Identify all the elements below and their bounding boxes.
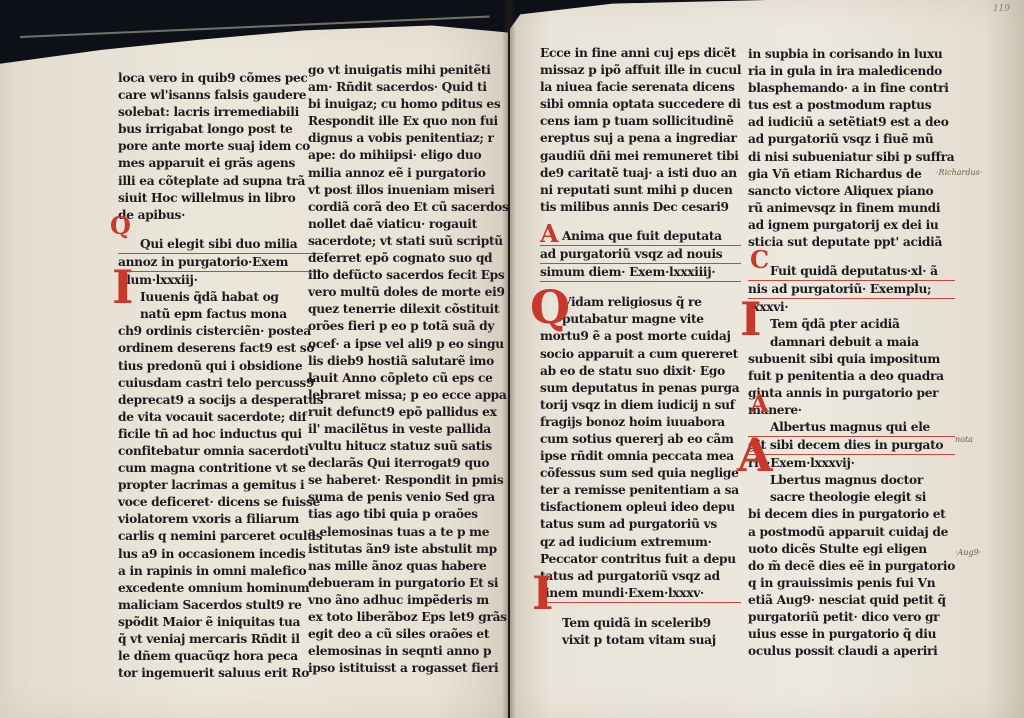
text-line: deferret epõ cognato suo qd [308,250,509,267]
text-line: vixit p totam vitam suaj [540,632,741,649]
text-line: Ecce in fine anni cuj eps dicẽt [540,45,741,62]
text-line: cuiusdam castri telo percuss9 [118,375,323,392]
text-line: Lbertus magnus doctor [748,472,955,489]
text-line: rio·Exem·lxxxvij· [748,455,955,472]
text-line: putabatur magne vite [540,311,741,328]
text-line: ocef· a ipse vel ali9 p eo singu [308,336,509,353]
text-line: ad ignem purgatorij ex dei iu [748,217,955,234]
text-line: purgatoriũ petit· dico vero gr [748,609,955,626]
text-line: solebat: lacris irremediabili [118,104,323,121]
red-initial-F-col4: C [750,248,769,272]
text-line: ad purgatoriũ vsqz ad nouis [540,246,741,264]
text-line: ch9 ordinis cisterciẽn· postea [118,323,323,340]
red-initial-A-col3: A [540,222,559,246]
folio-number: 119 [993,4,1010,14]
text-line: illo defũcto sacerdos fecit Eps [308,267,509,284]
text-line: Tem quidã in scelerib9 [540,615,741,632]
text-line: cum magna contritione vt se [118,460,323,477]
text-line: oculus possit claudi a aperiri [748,643,955,660]
text-line: debueram in purgatorio Et si [308,575,509,592]
text-line: violatorem vxoris a filiarum [118,511,323,528]
text-line: go vt inuigatis mihi penitẽti [308,62,509,79]
text-line: tatus sum ad purgatoriũ vs [540,516,741,533]
text-line: excedente omnium hominum [118,580,323,597]
red-initial-Q-col3: Q [530,284,570,330]
text-line: Vidam religiosus q̃ re [540,294,741,311]
text-line: milia annoz eẽ i purgatorio [308,165,509,182]
text-line: lebraret missa; p eo ecce appa [308,387,509,404]
text-line: istitutas ãn9 iste abstulit mp [308,541,509,558]
text-line: damnari debuit a maia [748,334,955,351]
text-line: tatus ad purgatoriũ vsqz ad [540,568,741,585]
text-line: cordiã corã deo Et cũ sacerdos [308,199,509,216]
text-line: illi ea cõteplate ad supna trã [118,173,323,190]
text-line: ter a remisse penitentiam a sa [540,482,741,499]
text-line: voce deficeret· dicens se fuisse [118,494,323,511]
text-line: am· Rñdit sacerdos· Quid ti [308,79,509,96]
text-line: vno ãno adhuc impẽderis m [308,592,509,609]
text-line: sacerdote; vt stati suũ scriptũ [308,233,509,250]
text-line: suma de penis venio Sed gra [308,489,509,506]
text-line: nollet daẽ viaticu· rogauit [308,216,509,233]
marginal-note-nota: nota [955,435,973,444]
text-line: orões fieri p eo p totã suã dy [308,318,509,335]
text-line: manere· [748,402,955,419]
text-line: maliciam Sacerdos stult9 re [118,597,323,614]
text-line: Anima que fuit deputata [540,228,741,246]
text-line: loca vero in quib9 cõmes pec [118,70,323,87]
text-line: ria in gula in ira maledicendo [748,63,955,80]
text-line: cum sotius quererj ab eo cãm [540,431,741,448]
text-line: ipso istituisst a rogasset fieri [308,660,509,677]
text-line: Peccator contritus fuit a depu [540,551,741,568]
text-line: fragijs bonoz hoim iuuabora [540,414,741,431]
text-line: egit deo a cũ siles oraões et [308,626,509,643]
text-line: lauit Anno cõpleto cũ eps ce [308,370,509,387]
text-line: fuit p penitentia a deo quadra [748,368,955,385]
text-line: il' macilẽtus in veste pallida [308,421,509,438]
text-column-1: loca vero in quib9 cõmes peccare wl'isan… [118,70,323,682]
text-line: do m̃ decẽ dies eẽ in purgatorio [748,558,955,575]
text-line: de9 caritatẽ tuaj· a isti duo an [540,165,741,182]
text-line: uoto dicẽs Stulte egi eligen [748,541,955,558]
red-initial-Q-col1: Q [110,214,131,238]
text-line: declarãs Qui iterrogat9 quo [308,455,509,472]
text-line: ab eo de statu suo dixit· Ego [540,363,741,380]
text-line: bus irrigabat longo post te [118,121,323,138]
marginal-note-richardus: ·Richardus· [936,168,982,177]
text-line: ad purgatoriũ vsqz i fiuẽ mũ [748,131,955,148]
text-column-4: in supbia in corisando in luxuria in gul… [748,46,955,660]
text-line: vero multũ doles de morte ei9 [308,284,509,301]
text-line: cens iam p tuam sollicitudinẽ [540,113,741,130]
text-line: nis ad purgatoriũ· Exemplu; [748,281,955,299]
text-line: care wl'isanns falsis gaudere [118,87,323,104]
text-line [748,251,955,263]
text-line: carlis q nemini parceret oculus [118,528,323,545]
text-line: dignus a vobis penitentiaz; r [308,130,509,147]
text-line: Respondit ille Ex quo non fui [308,113,509,130]
red-initial-A-col4: A [737,432,773,478]
text-line: quez tenerrie dilexit cõstituit [308,301,509,318]
text-line: vultu hitucz statuz suũ satis [308,438,509,455]
text-line: ordinem deserens fact9 est so [118,340,323,357]
text-line: ruit defunct9 epõ pallidus ex [308,404,509,421]
marginal-note-aug: ·Aug9· [955,548,981,557]
text-line: ni reputati sunt mihi p ducen [540,182,741,199]
text-line: Tem q̃dã pter acidiã [748,316,955,333]
text-line: natũ epm factus mona [118,306,323,323]
text-line: tisfactionem opleui ideo depu [540,499,741,516]
text-line: Albertus magnus qui ele [748,419,955,437]
text-line: elemosinas in seqnti anno p [308,643,509,660]
text-line: qz ad iudicium extremum· [540,534,741,551]
red-initial-I-col4: I [740,296,762,342]
text-line: ficile tñ ad hoc inductus qui [118,426,323,443]
red-initial-A-small-col4: A [750,392,769,416]
red-initial-I-col1: I [112,264,134,310]
text-line: tus est a postmodum raptus [748,97,955,114]
text-line: Qui elegit sibi duo milia [118,236,323,254]
text-line: Iuuenis q̃dã habat og [118,289,323,306]
text-column-2: go vt inuigatis mihi penitẽtiam· Rñdit s… [308,62,509,677]
text-line: ad iudiciũ a setẽtiat9 est a deo [748,114,955,131]
text-line: annoz in purgatorio·Exem [118,254,323,272]
text-line: lis dieb9 hostiã salutarẽ imo [308,353,509,370]
text-line: mes apparuit ei grãs agens [118,155,323,172]
text-line: tis milibus annis Dec cesari9 [540,199,741,216]
text-line: sancto victore Aliquex piano [748,183,955,200]
text-line: lus a9 in occasionem incedis [118,546,323,563]
text-line: ginta annis in purgatorio per [748,385,955,402]
text-line: vt post illos inueniam miseri [308,182,509,199]
text-line: socio apparuit a cum quereret [540,346,741,363]
text-line: bi inuigaz; cu homo pditus es [308,96,509,113]
text-line: sum deputatus in penas purga [540,380,741,397]
text-line: rũ animevsqz in finem mundi [748,200,955,217]
text-line: ereptus suj a pena a ingrediar [540,130,741,147]
text-line: tius predonũ qui i obsidione [118,358,323,375]
text-line: in supbia in corisando in luxu [748,46,955,63]
text-line: sticia sut deputate ppt' acidiã [748,234,955,251]
text-line: mortu9 ẽ a post morte cuidaj [540,328,741,345]
text-line: gaudiũ dñi mei remuneret tibi [540,148,741,165]
text-line: nas mille ãnoz quas habere [308,558,509,575]
text-line: bi decem dies in purgatorio et [748,506,955,523]
text-line: sibi omnia optata succedere di [540,96,741,113]
text-line: plum·lxxxiij· [118,272,323,289]
text-line: di nisi subueniatur sibi p suffra [748,149,955,166]
text-line: tor ingemuerit saluus erit Ro [118,665,323,682]
text-line: blasphemando· a in fine contri [748,80,955,97]
text-line [118,224,323,236]
text-line: subuenit sibi quia impositum [748,351,955,368]
text-line: etiã Aug9· nesciat quid petit q̃ [748,592,955,609]
text-line: finem mundi·Exem·lxxxv· [540,585,741,603]
text-line: siuit Hoc willelmus in libro [118,190,323,207]
text-line: ex toto liberãboz Eps let9 grãs [308,609,509,626]
text-column-3: Ecce in fine anni cuj eps dicẽtmissaz p … [540,45,741,649]
text-line: spõdit Maior ẽ iniquitas tua [118,614,323,631]
text-line: se haberet· Respondit in pmis [308,472,509,489]
text-line: deprecat9 a socijs a desperatus [118,392,323,409]
text-line: a in rapinis in omni malefico [118,563,323,580]
text-line: q in grauissimis penis fui Vn [748,575,955,592]
text-line [540,282,741,294]
text-line: Fuit quidã deputatus·xl· ã [748,263,955,281]
text-line: ipse rñdit omnia peccata mea [540,448,741,465]
text-line: uius esse in purgatorio q̃ diu [748,626,955,643]
text-line: a elemosinas tuas a te p me [308,524,509,541]
text-line: missaz p ipõ affuit ille in cucul [540,62,741,79]
text-line: propter lacrimas a gemitus i [118,477,323,494]
text-line: sacre theologie elegit si [748,489,955,506]
text-line: ape: do mihiipsi· eligo duo [308,147,509,164]
text-line: de vita vocauit sacerdote; dif [118,409,323,426]
text-line: la niuea facie serenata dicens [540,79,741,96]
text-line [540,216,741,228]
text-line: q̃ vt veniaj mercaris Rñdit il [118,631,323,648]
text-line: tias ago tibi quia p oraões [308,506,509,523]
text-line: lxxxvi· [748,299,955,316]
text-line: confitebatur omnia sacerdoti [118,443,323,460]
text-line: a postmodũ apparuit cuidaj de [748,524,955,541]
text-line: torij vsqz in diem iudicij n suf [540,397,741,414]
text-line: gia Vñ etiam Richardus de [748,166,955,183]
text-line: le dñem quacũqz hora peca [118,648,323,665]
text-line: git sibi decem dies in purgato [748,437,955,455]
text-line: simum diem· Exem·lxxxiiij· [540,264,741,282]
text-line [540,603,741,615]
text-line: de apibus· [118,207,323,224]
text-line: pore ante morte suaj idem co [118,138,323,155]
red-initial-I-col3: I [532,570,554,616]
text-line: cõfessus sum sed quia neglige [540,465,741,482]
